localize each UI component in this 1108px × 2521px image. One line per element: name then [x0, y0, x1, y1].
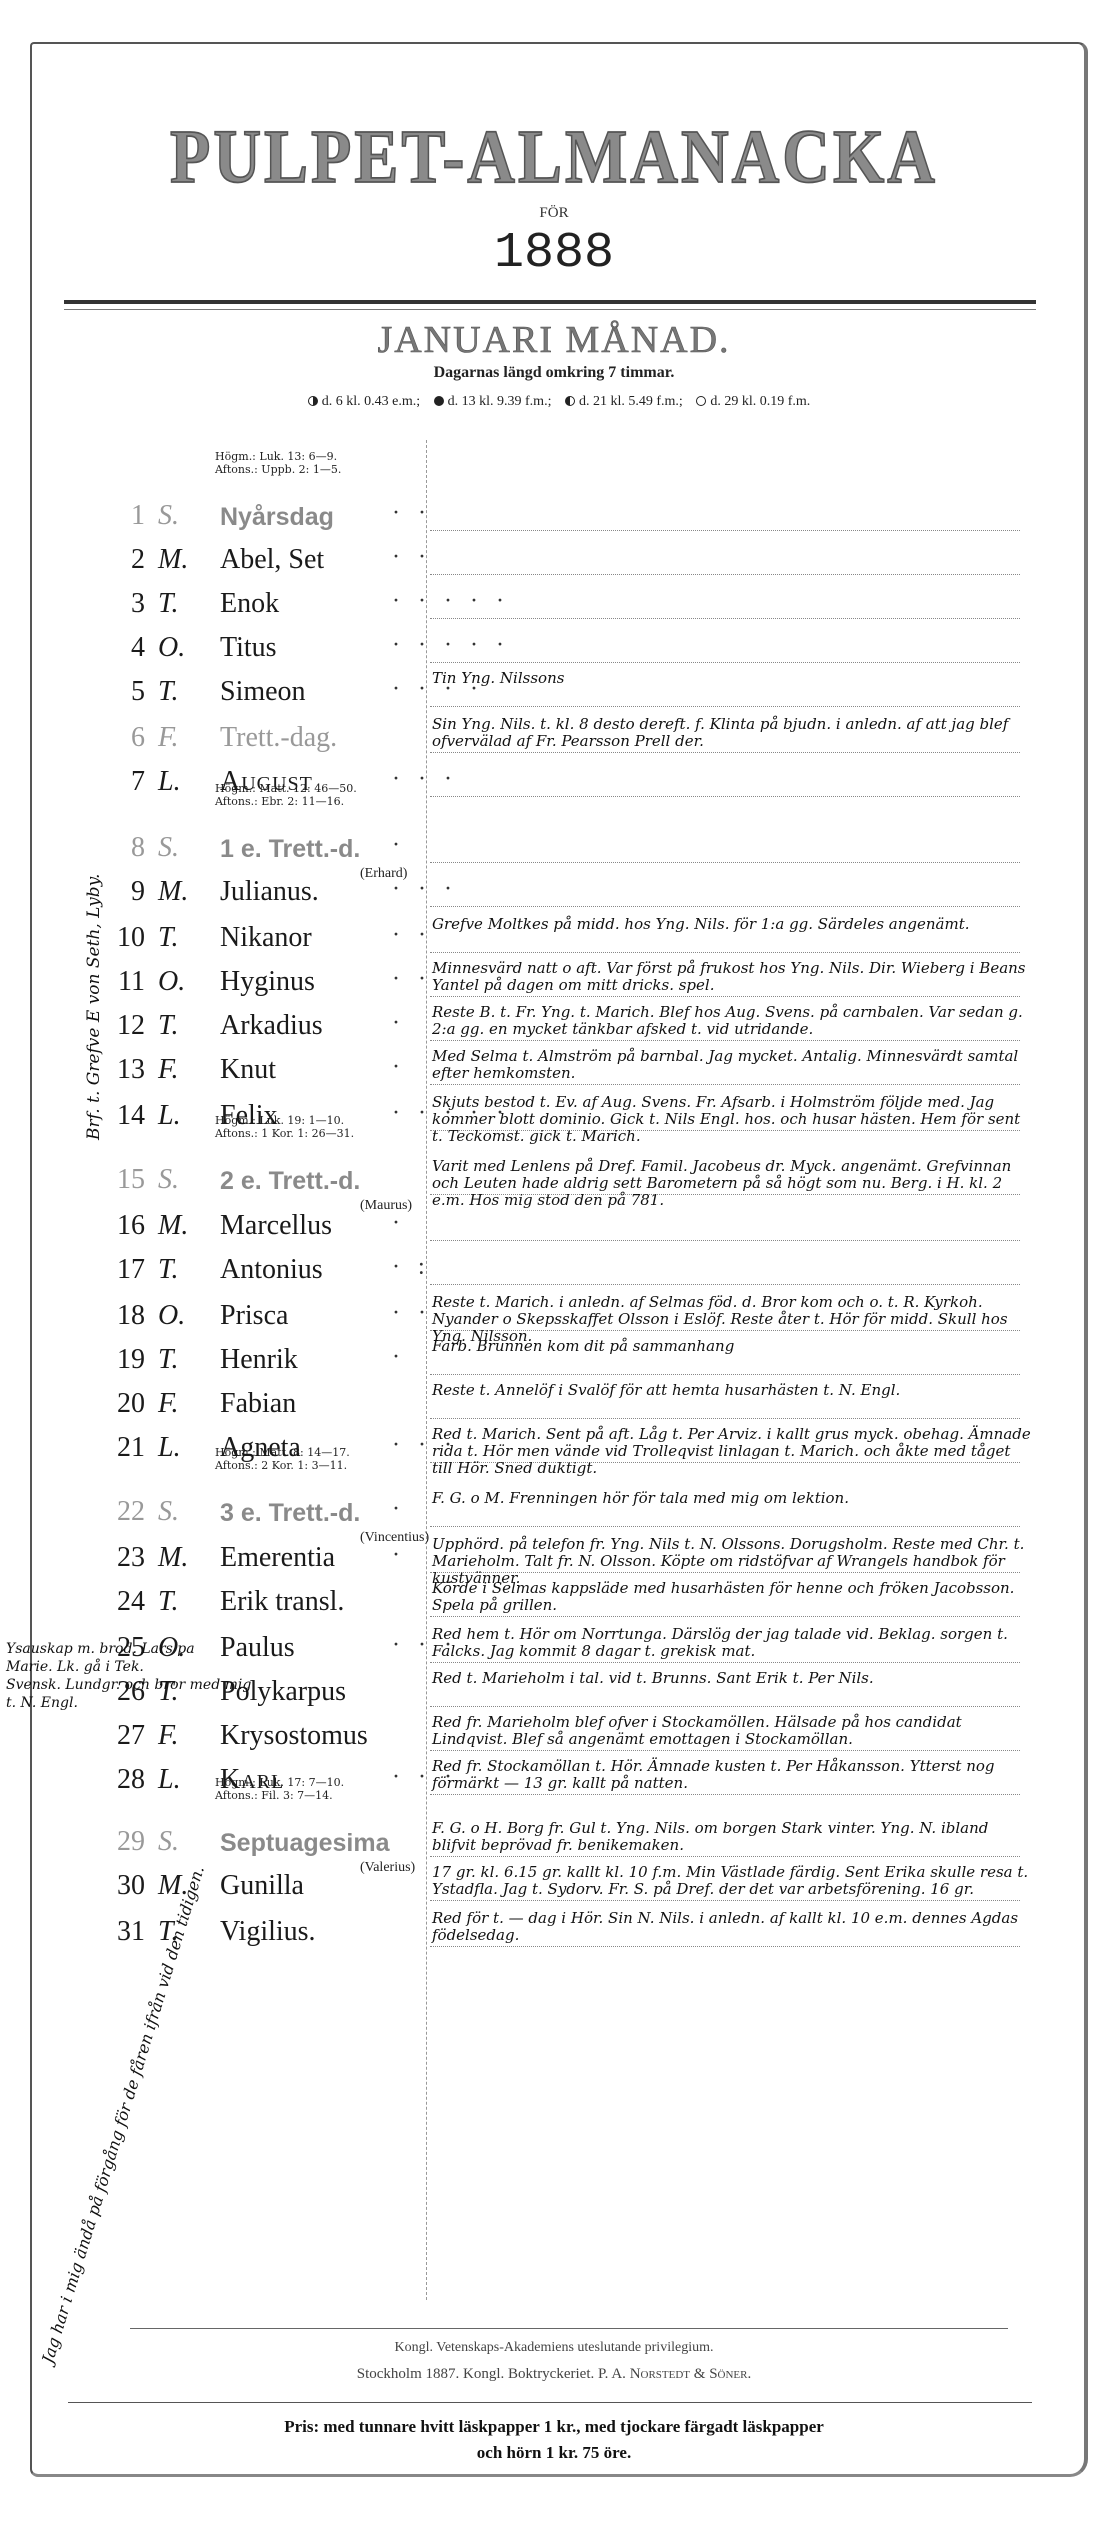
note-line	[430, 1374, 1020, 1375]
note-line	[430, 1900, 1020, 1901]
handwritten-note: Red hem t. Hör om Norrtunga. Därslög der…	[432, 1626, 1032, 1660]
day-length: Dagarnas längd omkring 7 timmar.	[0, 364, 1108, 382]
handwritten-note: Red fr. Stockamöllan t. Hör. Ämnade kust…	[432, 1758, 1032, 1792]
day-row: 17T.Antonius· :	[0, 1250, 1050, 1294]
note-line	[430, 618, 1020, 619]
name-day: Vigilius.	[220, 1916, 316, 1948]
note-line	[430, 752, 1020, 753]
name-day: 2 e. Trett.-d.	[220, 1167, 360, 1196]
day-number: 28	[95, 1764, 145, 1796]
note-line	[430, 1794, 1020, 1795]
day-row: 9M.Julianus.· · ·	[0, 872, 1050, 916]
name-day: 1 e. Trett.-d.	[220, 835, 360, 864]
day-number: 17	[95, 1254, 145, 1286]
day-row: 7L.August· · ·	[0, 762, 1050, 806]
name-day: Enok	[220, 588, 279, 620]
note-line	[430, 1418, 1020, 1419]
day-row: 31T.Vigilius.Red för t. — dag i Hör. Sin…	[0, 1912, 1050, 1956]
day-number: 18	[95, 1300, 145, 1332]
printer-prefix: Stockholm 1887. Kongl. Boktryckeriet. P.…	[357, 2366, 626, 2382]
weekday-abbrev: T.	[158, 1344, 179, 1376]
day-number: 29	[95, 1826, 145, 1858]
header-rule	[64, 300, 1036, 304]
hogmassa-reading: Högm.: Luk. 13: 6—9.	[215, 450, 341, 463]
handwritten-note: Minnesvärd natt o aft. Var först på fruk…	[432, 960, 1032, 994]
leader-dots: · ·	[392, 544, 432, 571]
name-day: Septuagesima	[220, 1829, 390, 1858]
day-row: 13F.Knut·Med Selma t. Almström på barnba…	[0, 1050, 1050, 1094]
moon-phase-text: d. 29 kl. 0.19 f.m.	[710, 394, 810, 409]
day-number: 15	[95, 1164, 145, 1196]
leader-dots: ·	[392, 1210, 406, 1237]
name-day: Julianus.	[220, 876, 319, 908]
name-day: 3 e. Trett.-d.	[220, 1499, 360, 1528]
handwritten-note: Reste B. t. Fr. Yng. t. Marich. Blef hos…	[432, 1004, 1032, 1038]
day-row: 19T.Henrik·Farb. Brunnen kom dit på samm…	[0, 1340, 1050, 1384]
margin-note-left-middle: Ysauskap m. brod. Lars pa Marie. Lk. gå …	[6, 1640, 251, 1712]
day-number: 19	[95, 1344, 145, 1376]
handwritten-note: Grefve Moltkes på midd. hos Yng. Nils. f…	[432, 916, 1032, 933]
margin-note-left-top: Brf. t. Grefve E von Seth, Lyby.	[84, 874, 104, 1140]
name-day: Henrik	[220, 1344, 298, 1376]
name-day: Prisca	[220, 1300, 288, 1332]
name-day: Fabian	[220, 1388, 296, 1420]
weekday-abbrev: T.	[158, 676, 179, 708]
name-day: August	[220, 766, 313, 798]
day-number: 30	[95, 1870, 145, 1902]
moon-phase-text: d. 13 kl. 9.39 f.m.;	[448, 394, 552, 409]
name-day: Felix	[220, 1100, 278, 1132]
day-number: 7	[95, 766, 145, 798]
moon-phase-text: d. 6 kl. 0.43 e.m.;	[322, 394, 420, 409]
leader-dots: · · · · ·	[392, 632, 510, 659]
day-row: 5T.Simeon· · · ·Tin Yng. Nilssons	[0, 672, 1050, 716]
moon-phase-text: d. 21 kl. 5.49 f.m.;	[579, 394, 683, 409]
privilege-line: Kongl. Vetenskaps-Akademiens uteslutande…	[0, 2340, 1108, 2356]
day-row: 30M.Gunilla17 gr. kl. 6.15 gr. kallt kl.…	[0, 1866, 1050, 1910]
day-number: 24	[95, 1586, 145, 1618]
day-number: 20	[95, 1388, 145, 1420]
leader-dots: · · · · ·	[392, 588, 510, 615]
handwritten-note: F. G. o M. Frenningen hör för tala med m…	[432, 1490, 1032, 1507]
price-rule	[68, 2402, 1032, 2403]
name-day: Hyginus	[220, 966, 315, 998]
day-row: 10T.Nikanor· ·Grefve Moltkes på midd. ho…	[0, 918, 1050, 962]
day-row: 15S.2 e. Trett.-d.(Maurus)Varit med Lenl…	[0, 1160, 1050, 1204]
day-number: 8	[95, 832, 145, 864]
day-number: 31	[95, 1916, 145, 1948]
note-line	[430, 1946, 1020, 1947]
day-row: 29S.Septuagesima(Valerius)F. G. o H. Bor…	[0, 1822, 1050, 1866]
handwritten-note: Sin Yng. Nils. t. kl. 8 desto dereft. f.…	[432, 716, 1032, 750]
name-day: Gunilla	[220, 1870, 304, 1902]
name-day: Nikanor	[220, 922, 312, 954]
name-day: Erik transl.	[220, 1586, 344, 1618]
handwritten-note: Red t. Marich. Sent på aft. Låg t. Per A…	[432, 1426, 1032, 1477]
weekday-abbrev: M.	[158, 876, 188, 908]
day-number: 3	[95, 588, 145, 620]
note-line	[430, 1706, 1020, 1707]
leader-dots: ·	[392, 1344, 406, 1371]
day-row: 14L.Felix· · · · ·Skjuts bestod t. Ev. a…	[0, 1096, 1050, 1140]
day-row: 16M.Marcellus·	[0, 1206, 1050, 1250]
handwritten-note: Red för t. — dag i Hör. Sin N. Nils. i a…	[432, 1910, 1032, 1944]
day-row: 20F.FabianReste t. Annelöf i Svalöf för …	[0, 1384, 1050, 1428]
day-row: 24T.Erik transl.Körde i Selmas kappsläde…	[0, 1582, 1050, 1626]
weekday-abbrev: L.	[158, 1432, 181, 1464]
name-day: Agneta	[220, 1432, 301, 1464]
note-line	[430, 1750, 1020, 1751]
note-line	[430, 1616, 1020, 1617]
note-line	[430, 1040, 1020, 1041]
name-day: Antonius	[220, 1254, 323, 1286]
for-label: FÖR	[0, 205, 1108, 222]
note-line	[430, 862, 1020, 863]
weekday-abbrev: L.	[158, 1100, 181, 1132]
last-quarter-moon-icon	[565, 396, 575, 406]
weekday-abbrev: S.	[158, 1496, 179, 1528]
almanac-title: PULPET-ALMANACKA	[0, 114, 1108, 201]
note-line	[430, 1240, 1020, 1241]
note-line	[430, 1526, 1020, 1527]
weekday-abbrev: T.	[158, 588, 179, 620]
day-row: 21L.Agneta· · ·Red t. Marich. Sent på af…	[0, 1428, 1050, 1472]
note-line	[430, 574, 1020, 575]
moon-phases: d. 6 kl. 0.43 e.m.; d. 13 kl. 9.39 f.m.;…	[0, 394, 1108, 410]
day-row: 2M.Abel, Set· ·	[0, 540, 1050, 584]
note-line	[430, 996, 1020, 997]
day-row: 22S.3 e. Trett.-d.·(Vincentius)F. G. o M…	[0, 1492, 1050, 1536]
first-quarter-moon-icon	[308, 396, 318, 406]
weekday-abbrev: L.	[158, 1764, 181, 1796]
day-row: 18O.Prisca· ·Reste t. Marich. i anledn. …	[0, 1296, 1050, 1340]
leader-dots: · ·	[392, 922, 432, 949]
note-line	[430, 530, 1020, 531]
footer-rule	[130, 2328, 1008, 2329]
weekday-abbrev: F.	[158, 1054, 179, 1086]
note-line	[430, 662, 1020, 663]
name-day: Simeon	[220, 676, 306, 708]
price-text: Pris: med tunnare hvitt läskpapper 1 kr.…	[0, 2414, 1108, 2466]
name-day: Krysostomus	[220, 1720, 368, 1752]
name-day: Emerentia	[220, 1542, 335, 1574]
leader-dots: · :	[392, 1254, 431, 1281]
handwritten-note: Red t. Marieholm i tal. vid t. Brunns. S…	[432, 1670, 1032, 1687]
weekday-abbrev: S.	[158, 1164, 179, 1196]
aftonsang-reading: Aftons.: Uppb. 2: 1—5.	[215, 463, 341, 476]
printer-name: Norstedt & Söner.	[630, 2366, 752, 2382]
weekday-abbrev: F.	[158, 1388, 179, 1420]
handwritten-note: Körde i Selmas kappsläde med husarhästen…	[432, 1580, 1032, 1614]
leader-dots: ·	[392, 1496, 406, 1523]
name-day: Nyårsdag	[220, 503, 334, 532]
day-row: 4O.Titus· · · · ·	[0, 628, 1050, 672]
name-day: Knut	[220, 1054, 276, 1086]
day-row: 28L.Karl· · ·Red fr. Stockamöllan t. Hör…	[0, 1760, 1050, 1804]
note-line	[430, 1856, 1020, 1857]
note-line	[430, 1284, 1020, 1285]
leader-dots: · ·	[392, 1300, 432, 1327]
name-day: Trett.-dag.	[220, 722, 337, 754]
weekday-abbrev: M.	[158, 1210, 188, 1242]
name-day: Abel, Set	[220, 544, 324, 576]
weekday-abbrev: O.	[158, 1300, 185, 1332]
leader-dots: ·	[392, 832, 406, 859]
day-row: 1S.Nyårsdag· ·	[0, 496, 1050, 540]
day-number: 16	[95, 1210, 145, 1242]
leader-dots: · ·	[392, 500, 432, 527]
weekday-abbrev: L.	[158, 766, 181, 798]
day-number: 27	[95, 1720, 145, 1752]
day-number: 2	[95, 544, 145, 576]
name-day: Arkadius	[220, 1010, 323, 1042]
leader-dots: ·	[392, 1010, 406, 1037]
weekday-abbrev: S.	[158, 1826, 179, 1858]
weekday-abbrev: T.	[158, 1254, 179, 1286]
day-number: 23	[95, 1542, 145, 1574]
year-label: 1888	[0, 225, 1108, 282]
month-title: JANUARI MÅNAD.	[0, 318, 1108, 362]
weekday-abbrev: O.	[158, 632, 185, 664]
leader-dots: ·	[392, 1542, 406, 1569]
handwritten-note: Med Selma t. Almström på barnbal. Jag my…	[432, 1048, 1032, 1082]
day-number: 5	[95, 676, 145, 708]
price-line-1: Pris: med tunnare hvitt läskpapper 1 kr.…	[0, 2414, 1108, 2440]
weekday-abbrev: M.	[158, 1542, 188, 1574]
day-number: 4	[95, 632, 145, 664]
note-line	[430, 952, 1020, 953]
handwritten-note: Skjuts bestod t. Ev. af Aug. Svens. Fr. …	[432, 1094, 1032, 1145]
new-moon-icon	[434, 396, 444, 406]
name-day: Marcellus	[220, 1210, 332, 1242]
name-day: Titus	[220, 632, 277, 664]
handwritten-note: 17 gr. kl. 6.15 gr. kallt kl. 10 f.m. Mi…	[432, 1864, 1032, 1898]
weekday-abbrev: F.	[158, 1720, 179, 1752]
note-line	[430, 706, 1020, 707]
day-row: 6F.Trett.-dag.Sin Yng. Nils. t. kl. 8 de…	[0, 718, 1050, 762]
note-line	[430, 1662, 1020, 1663]
handwritten-note: Red fr. Marieholm blef ofver i Stockamöl…	[432, 1714, 1032, 1748]
weekday-abbrev: S.	[158, 832, 179, 864]
weekday-abbrev: M.	[158, 544, 188, 576]
pericope-header: Högm.: Luk. 13: 6—9.Aftons.: Uppb. 2: 1—…	[215, 450, 341, 476]
header-rule-thin	[64, 309, 1036, 310]
day-row: 23M.Emerentia·Upphörd. på telefon fr. Yn…	[0, 1538, 1050, 1582]
note-line	[430, 1084, 1020, 1085]
day-number: 6	[95, 722, 145, 754]
note-line	[430, 796, 1020, 797]
weekday-abbrev: F.	[158, 722, 179, 754]
weekday-abbrev: T.	[158, 922, 179, 954]
handwritten-note: Farb. Brunnen kom dit på sammanhang	[432, 1338, 1032, 1355]
leader-dots: · · ·	[392, 876, 458, 903]
leader-dots: ·	[392, 1054, 406, 1081]
handwritten-note: Varit med Lenlens på Dref. Famil. Jacobe…	[432, 1158, 1032, 1209]
price-line-2: och hörn 1 kr. 75 öre.	[0, 2440, 1108, 2466]
printer-line: Stockholm 1887. Kongl. Boktryckeriet. P.…	[0, 2366, 1108, 2383]
handwritten-note: F. G. o H. Borg fr. Gul t. Yng. Nils. om…	[432, 1820, 1032, 1854]
day-row: 11O.Hyginus· ·Minnesvärd natt o aft. Var…	[0, 962, 1050, 1006]
note-line	[430, 906, 1020, 907]
name-day: Karl	[220, 1764, 284, 1796]
weekday-abbrev: S.	[158, 500, 179, 532]
day-row: 3T.Enok· · · · ·	[0, 584, 1050, 628]
leader-dots: · ·	[392, 966, 432, 993]
handwritten-note: Tin Yng. Nilssons	[432, 670, 1032, 687]
day-number: 1	[95, 500, 145, 532]
day-number: 21	[95, 1432, 145, 1464]
handwritten-note: Reste t. Annelöf i Svalöf för att hemta …	[432, 1382, 1032, 1399]
day-row: 8S.1 e. Trett.-d.·(Erhard)	[0, 828, 1050, 872]
day-row: 12T.Arkadius·Reste B. t. Fr. Yng. t. Mar…	[0, 1006, 1050, 1050]
weekday-abbrev: O.	[158, 966, 185, 998]
full-moon-icon	[696, 396, 706, 406]
weekday-abbrev: T.	[158, 1586, 179, 1618]
leader-dots: · · ·	[392, 766, 458, 793]
weekday-abbrev: T.	[158, 1010, 179, 1042]
day-row: 27F.KrysostomusRed fr. Marieholm blef of…	[0, 1716, 1050, 1760]
day-number: 22	[95, 1496, 145, 1528]
